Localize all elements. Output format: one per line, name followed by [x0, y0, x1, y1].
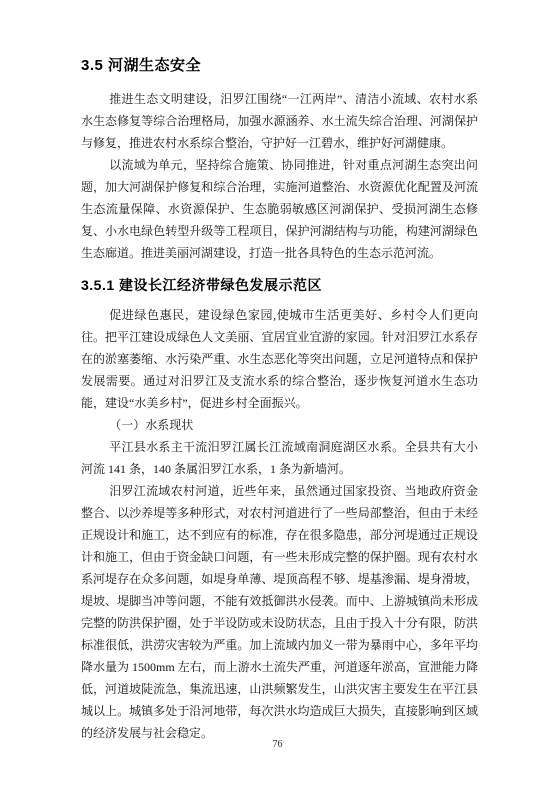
subsection-paragraph-2: 汨罗江流域农村河道，近些年来，虽然通过国家投资、当地政府资金整合、以沙养堤等多种… — [81, 480, 478, 744]
section-heading: 3.5 河湖生态安全 — [81, 56, 478, 76]
subsection-intro-paragraph: 促进绿色惠民，建设绿色家园,使城市生活更美好、乡村令人们更向往。把平江建设成绿色… — [81, 304, 478, 414]
page-number: 76 — [273, 739, 283, 750]
document-page: 3.5 河湖生态安全 推进生态文明建设，汨罗江围绕“一江两岸”、清洁小流域、农村… — [0, 0, 555, 785]
subsection-paragraph-1: 平江县水系主干流汨罗江属长江流域南洞庭湖区水系。全县共有大小河流 141 条，1… — [81, 436, 478, 480]
page-content: 3.5 河湖生态安全 推进生态文明建设，汨罗江围绕“一江两岸”、清洁小流域、农村… — [81, 56, 478, 744]
section-paragraph-2: 以流域为单元，坚持综合施策、协同推进，针对重点河湖生态突出问题，加大河湖保护修复… — [81, 154, 478, 264]
section-paragraph-1: 推进生态文明建设，汨罗江围绕“一江两岸”、清洁小流域、农村水系水生态修复等综合治… — [81, 88, 478, 154]
page-footer: 76 — [0, 734, 555, 752]
list-item-heading: （一）水系现状 — [81, 414, 478, 436]
subsection-heading: 3.5.1 建设长江经济带绿色发展示范区 — [81, 276, 478, 295]
